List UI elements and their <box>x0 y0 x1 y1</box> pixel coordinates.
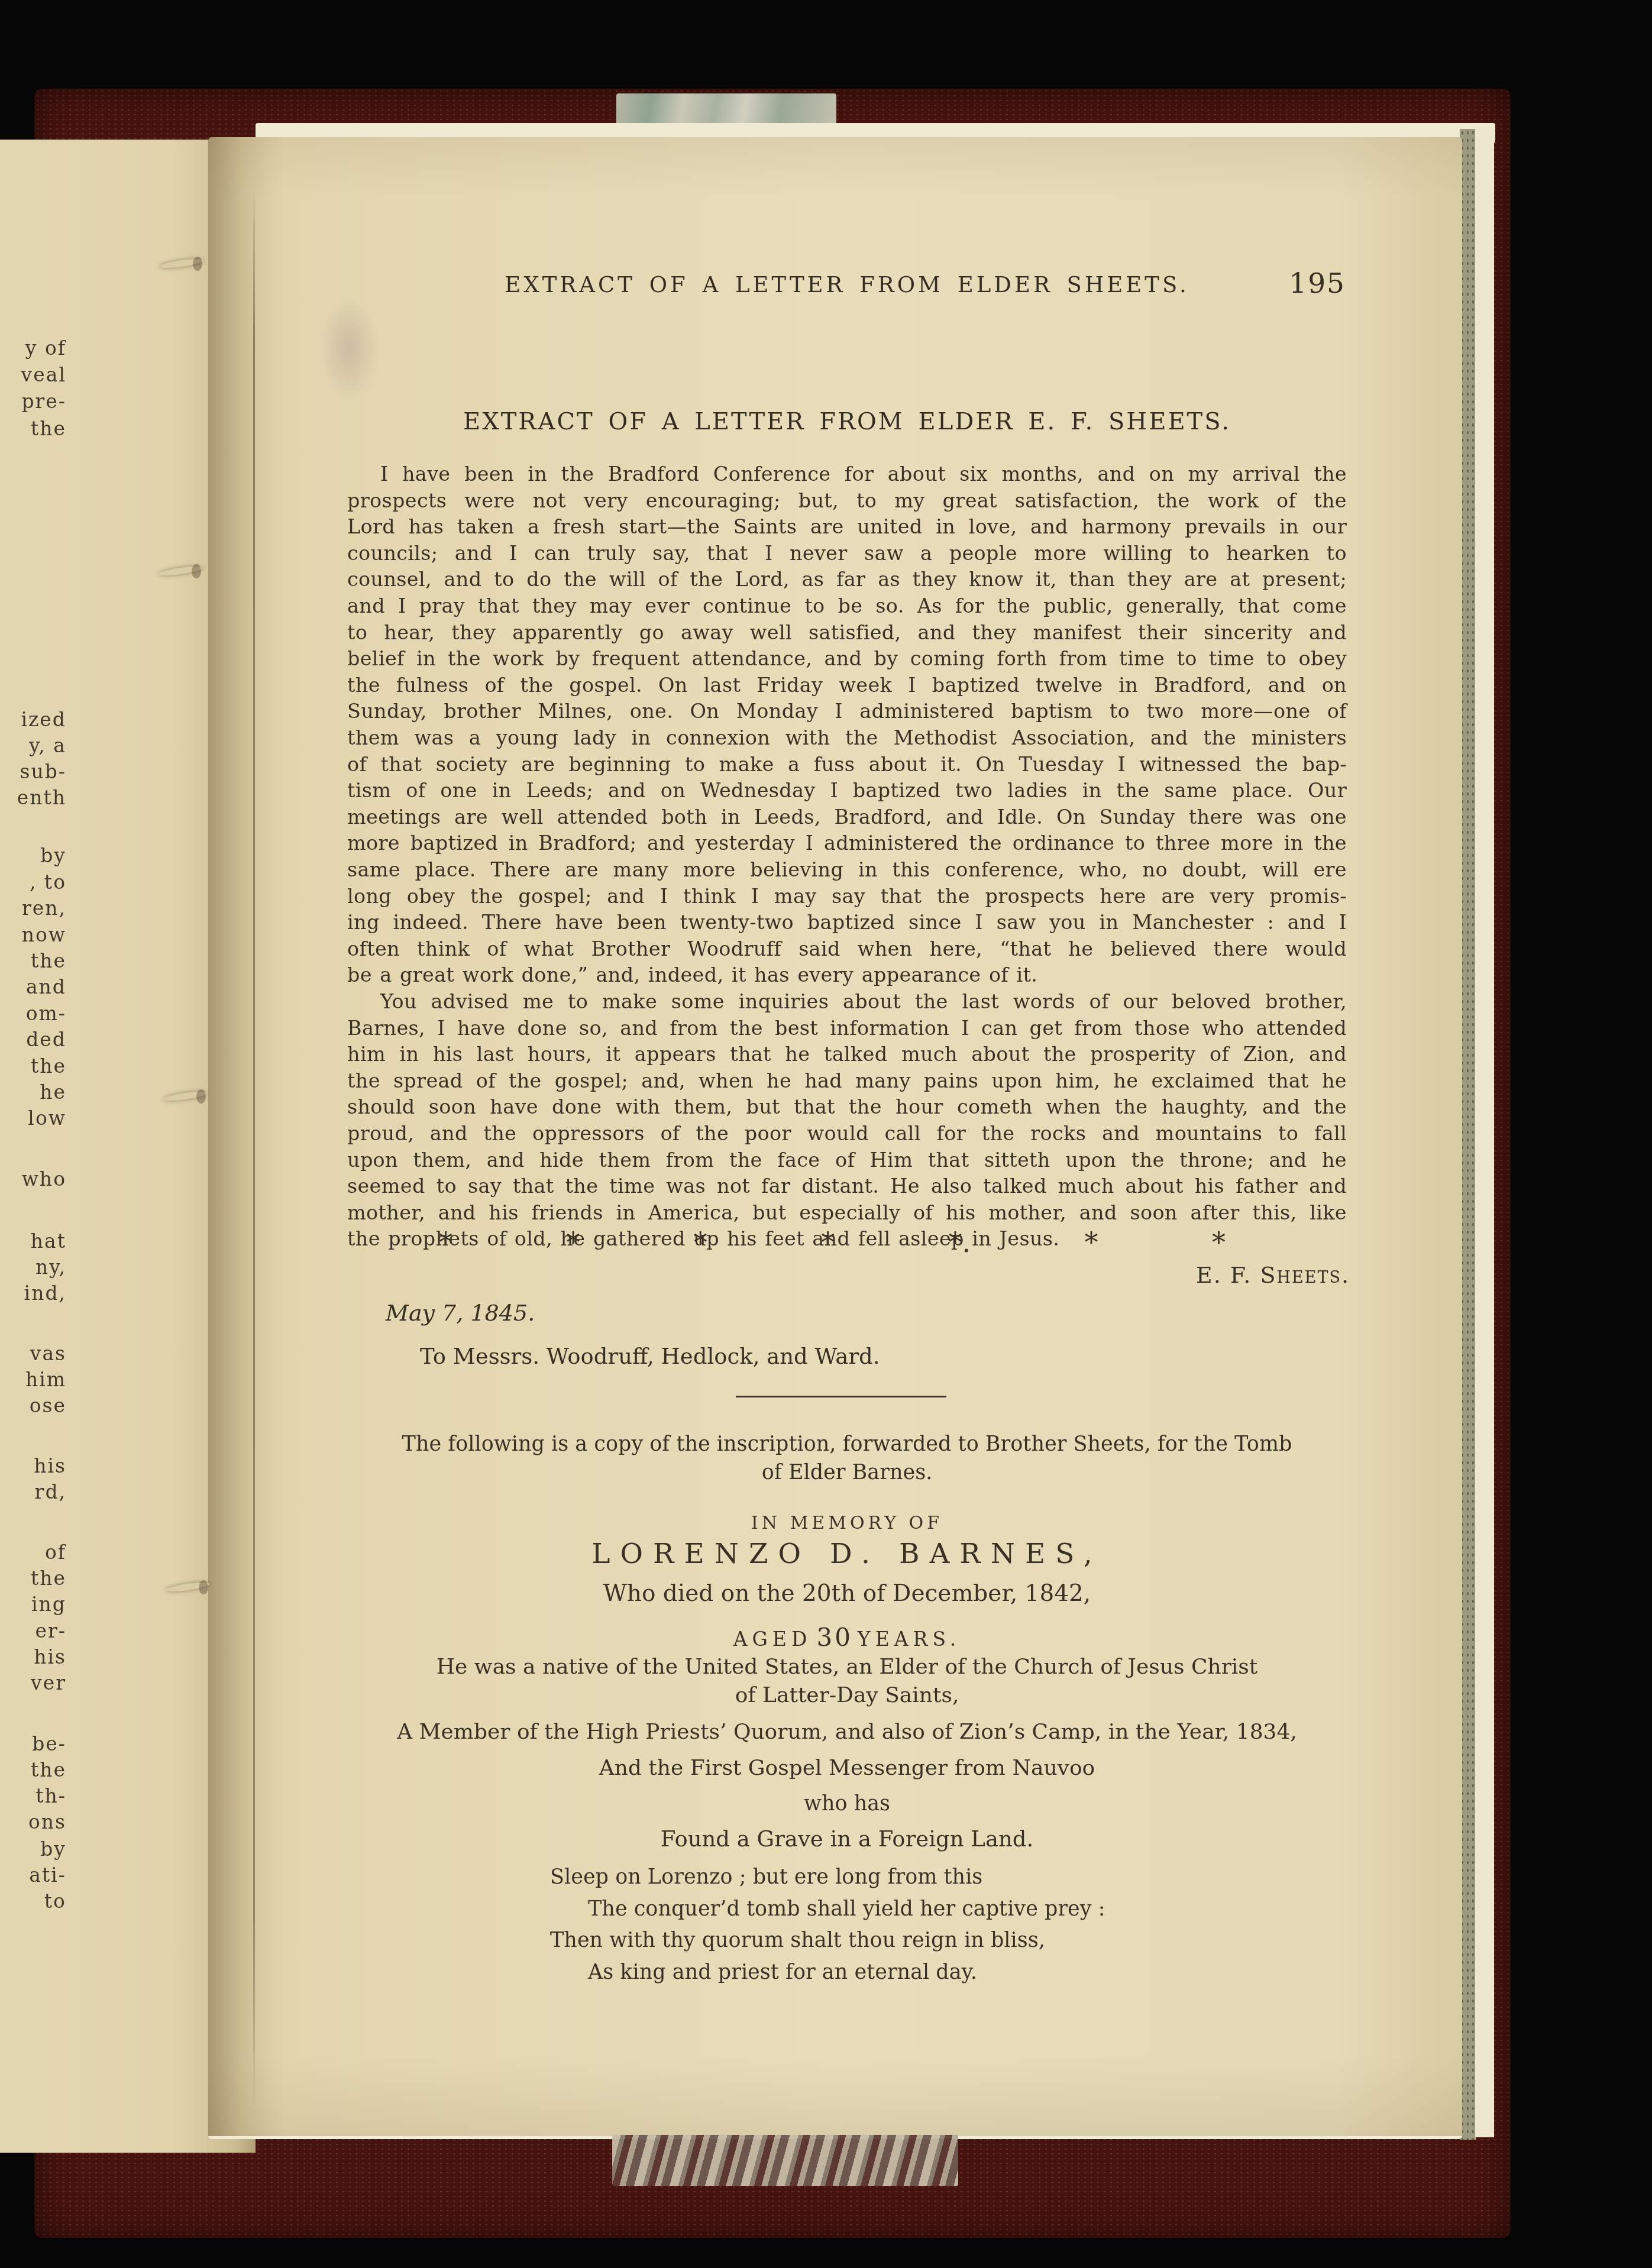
foreign-grave-line: Found a Grave in a Foreign Land. <box>347 1826 1347 1852</box>
text-line: and I pray that they may ever continue t… <box>347 593 1347 620</box>
left-page-text-fragment: low <box>0 1107 66 1130</box>
binding-fold-line <box>253 183 255 2111</box>
left-page-text-fragment: pre- <box>0 390 66 413</box>
poem-line: The conquer’d tomb shall yield her capti… <box>550 1894 1105 1926</box>
asterisk: * <box>439 1227 452 1258</box>
poem-line: Then with thy quorum shalt thou reign in… <box>550 1925 1105 1957</box>
left-page-text-fragment: now <box>0 924 66 946</box>
text-line: meetings are well attended both in Leeds… <box>347 804 1347 831</box>
left-page-text-fragment: ind, <box>0 1282 66 1305</box>
marbled-page-edge-bottom <box>612 2135 958 2186</box>
left-page-text-fragment: ver <box>0 1672 66 1694</box>
asterisk: * <box>694 1227 707 1258</box>
text-line: the spread of the gospel; and, when he h… <box>347 1068 1347 1095</box>
text-line: him in his last hours, it appears that h… <box>347 1041 1347 1068</box>
text-line: same place. There are many more believin… <box>347 857 1347 884</box>
poem-line: Sleep on Lorenzo ; but ere long from thi… <box>550 1862 1105 1894</box>
date-line: May 7, 1845. <box>386 1300 535 1326</box>
asterisk: * <box>1085 1227 1098 1258</box>
left-page-text-fragment: be- <box>0 1733 66 1755</box>
asterisk: * <box>566 1227 580 1258</box>
asterisk: *. <box>949 1227 971 1258</box>
aged-word: AGED <box>733 1628 812 1651</box>
left-page-text-fragment: the <box>0 418 66 440</box>
left-page-text-fragment: vas <box>0 1342 66 1365</box>
binding-stitch-thread <box>159 562 218 582</box>
left-page-text-fragment: y of <box>0 337 66 360</box>
native-line-1: He was a native of the United States, an… <box>347 1655 1347 1679</box>
who-has-line: who has <box>347 1792 1347 1816</box>
left-page-text-fragment: ati- <box>0 1864 66 1887</box>
text-line: tism of one in Leeds; and on Wednesday I… <box>347 778 1347 804</box>
letter-paragraph-1: I have been in the Bradford Conference f… <box>347 461 1347 989</box>
letter-paragraph-2: You advised me to make some inquiries ab… <box>347 989 1347 1253</box>
text-line: be a great work done,” and, indeed, it h… <box>347 962 1347 989</box>
left-page-text-fragment: and <box>0 976 66 998</box>
photographed-book-scene: y ofvealpre-theizedy, asub-enthby, toren… <box>0 0 1652 2268</box>
binding-stitch-thread <box>166 1578 225 1598</box>
letter-title: EXTRACT OF A LETTER FROM ELDER E. F. SHE… <box>347 408 1347 435</box>
text-line: long obey the gospel; and I think I may … <box>347 884 1347 910</box>
text-line: belief in the work by frequent attendanc… <box>347 646 1347 672</box>
left-page-text-fragment: , to <box>0 871 66 894</box>
poem-line: As king and priest for an eternal day. <box>550 1957 1105 1989</box>
page-number: 195 <box>1289 267 1346 300</box>
page-stain <box>319 296 379 402</box>
text-line: should soon have done with them, but tha… <box>347 1094 1347 1121</box>
left-page-text-fragment: ons <box>0 1811 66 1833</box>
addressee-line: To Messrs. Woodruff, Hedlock, and Ward. <box>420 1344 880 1369</box>
left-page-text-fragment: om- <box>0 1002 66 1025</box>
text-line: Barnes, I have done so, and from the bes… <box>347 1015 1347 1042</box>
native-line-2: of Latter-Day Saints, <box>347 1683 1347 1707</box>
text-line: often think of what Brother Woodruff sai… <box>347 936 1347 963</box>
text-line: councils; and I can truly say, that I ne… <box>347 541 1347 567</box>
text-line: them was a young lady in connexion with … <box>347 725 1347 752</box>
quorum-member-line: A Member of the High Priests’ Quorum, an… <box>347 1720 1347 1744</box>
left-page-text-fragment: er- <box>0 1620 66 1642</box>
left-page-text-fragment: ny, <box>0 1256 66 1279</box>
aged-years-word: YEARS. <box>858 1628 961 1651</box>
left-page-text-fragment: hat <box>0 1230 66 1253</box>
binding-stitch-thread <box>160 254 219 274</box>
signature: E. F. Sheets. <box>1196 1262 1350 1288</box>
aged-number: 30 <box>812 1623 857 1652</box>
left-page-text-fragment: ose <box>0 1395 66 1417</box>
left-page-text-fragment: rd, <box>0 1481 66 1503</box>
book-page: EXTRACT OF A LETTER FROM ELDER SHEETS. 1… <box>208 137 1462 2139</box>
text-line: Sunday, brother Milnes, one. On Monday I… <box>347 698 1347 725</box>
left-page-text-fragment: ized <box>0 708 66 731</box>
deceased-name: LORENZO D. BARNES, <box>347 1538 1347 1570</box>
inscription-intro-line-1: The following is a copy of the inscripti… <box>347 1430 1347 1458</box>
text-line: the fulness of the gospel. On last Frida… <box>347 672 1347 699</box>
inscription-intro: The following is a copy of the inscripti… <box>347 1430 1347 1487</box>
text-line: of that society are beginning to make a … <box>347 752 1347 778</box>
left-page-text-fragment: the <box>0 1567 66 1590</box>
section-divider-rule <box>736 1396 946 1397</box>
left-page-text-fragment: of <box>0 1541 66 1564</box>
asterisk: * <box>1212 1227 1226 1258</box>
text-line: proud, and the oppressors of the poor wo… <box>347 1121 1347 1147</box>
left-page-text-fragment: veal <box>0 364 66 386</box>
left-page-text-fragment: enth <box>0 787 66 809</box>
left-page-text-fragment: he <box>0 1081 66 1104</box>
text-line: seemed to say that the time was not far … <box>347 1173 1347 1200</box>
left-page-text-fragment: who <box>0 1168 66 1190</box>
left-page-text-fragment: the <box>0 950 66 972</box>
left-page-text-fragment: ren, <box>0 897 66 920</box>
text-line: You advised me to make some inquiries ab… <box>347 989 1347 1015</box>
left-page-text-fragment: sub- <box>0 761 66 783</box>
left-page-text-fragment: by <box>0 845 66 867</box>
running-head-row: EXTRACT OF A LETTER FROM ELDER SHEETS. 1… <box>347 272 1347 297</box>
left-page-text-fragment: him <box>0 1368 66 1391</box>
left-page-text-fragment: the <box>0 1055 66 1078</box>
gospel-messenger-line: And the First Gospel Messenger from Nauv… <box>347 1756 1347 1780</box>
left-page-text-fragment: his <box>0 1455 66 1477</box>
text-line: upon them, and hide them from the face o… <box>347 1147 1347 1174</box>
right-page-edge-light <box>1475 127 1494 2137</box>
left-page-text-fragment: his <box>0 1646 66 1668</box>
text-line: I have been in the Bradford Conference f… <box>347 461 1347 488</box>
right-page-edge-speckled <box>1460 129 1476 2140</box>
text-line: more baptized in Bradford; and yesterday… <box>347 830 1347 857</box>
left-page-text-fragment: th- <box>0 1785 66 1807</box>
text-line: to hear, they apparently go away well sa… <box>347 620 1347 646</box>
text-line: counsel, and to do the will of the Lord,… <box>347 567 1347 593</box>
binding-stitch-thread <box>163 1087 222 1107</box>
left-page-text-fragment: ing <box>0 1593 66 1616</box>
left-page-text-fragment: by <box>0 1838 66 1861</box>
text-line: mother, and his friends in America, but … <box>347 1200 1347 1227</box>
asterisk: * <box>821 1227 835 1258</box>
text-line: prospects were not very encouraging; but… <box>347 488 1347 515</box>
asterisk-divider-row: *****.** <box>439 1227 1226 1258</box>
left-page-text-fragment: y, a <box>0 735 66 757</box>
text-line: Lord has taken a fresh start—the Saints … <box>347 514 1347 541</box>
in-memory-of-line: IN MEMORY OF <box>347 1513 1347 1533</box>
left-page-text-fragment: to <box>0 1890 66 1913</box>
left-page-text-fragment: the <box>0 1759 66 1781</box>
inscription-intro-line-2: of Elder Barnes. <box>347 1458 1347 1487</box>
death-date-line: Who died on the 20th of December, 1842, <box>347 1580 1347 1607</box>
running-head: EXTRACT OF A LETTER FROM ELDER SHEETS. <box>347 272 1347 297</box>
left-page-text-fragment: ded <box>0 1028 66 1051</box>
text-line: ing indeed. There have been twenty-two b… <box>347 910 1347 936</box>
memorial-poem: Sleep on Lorenzo ; but ere long from thi… <box>550 1862 1105 1988</box>
aged-line: AGED30YEARS. <box>347 1623 1347 1652</box>
